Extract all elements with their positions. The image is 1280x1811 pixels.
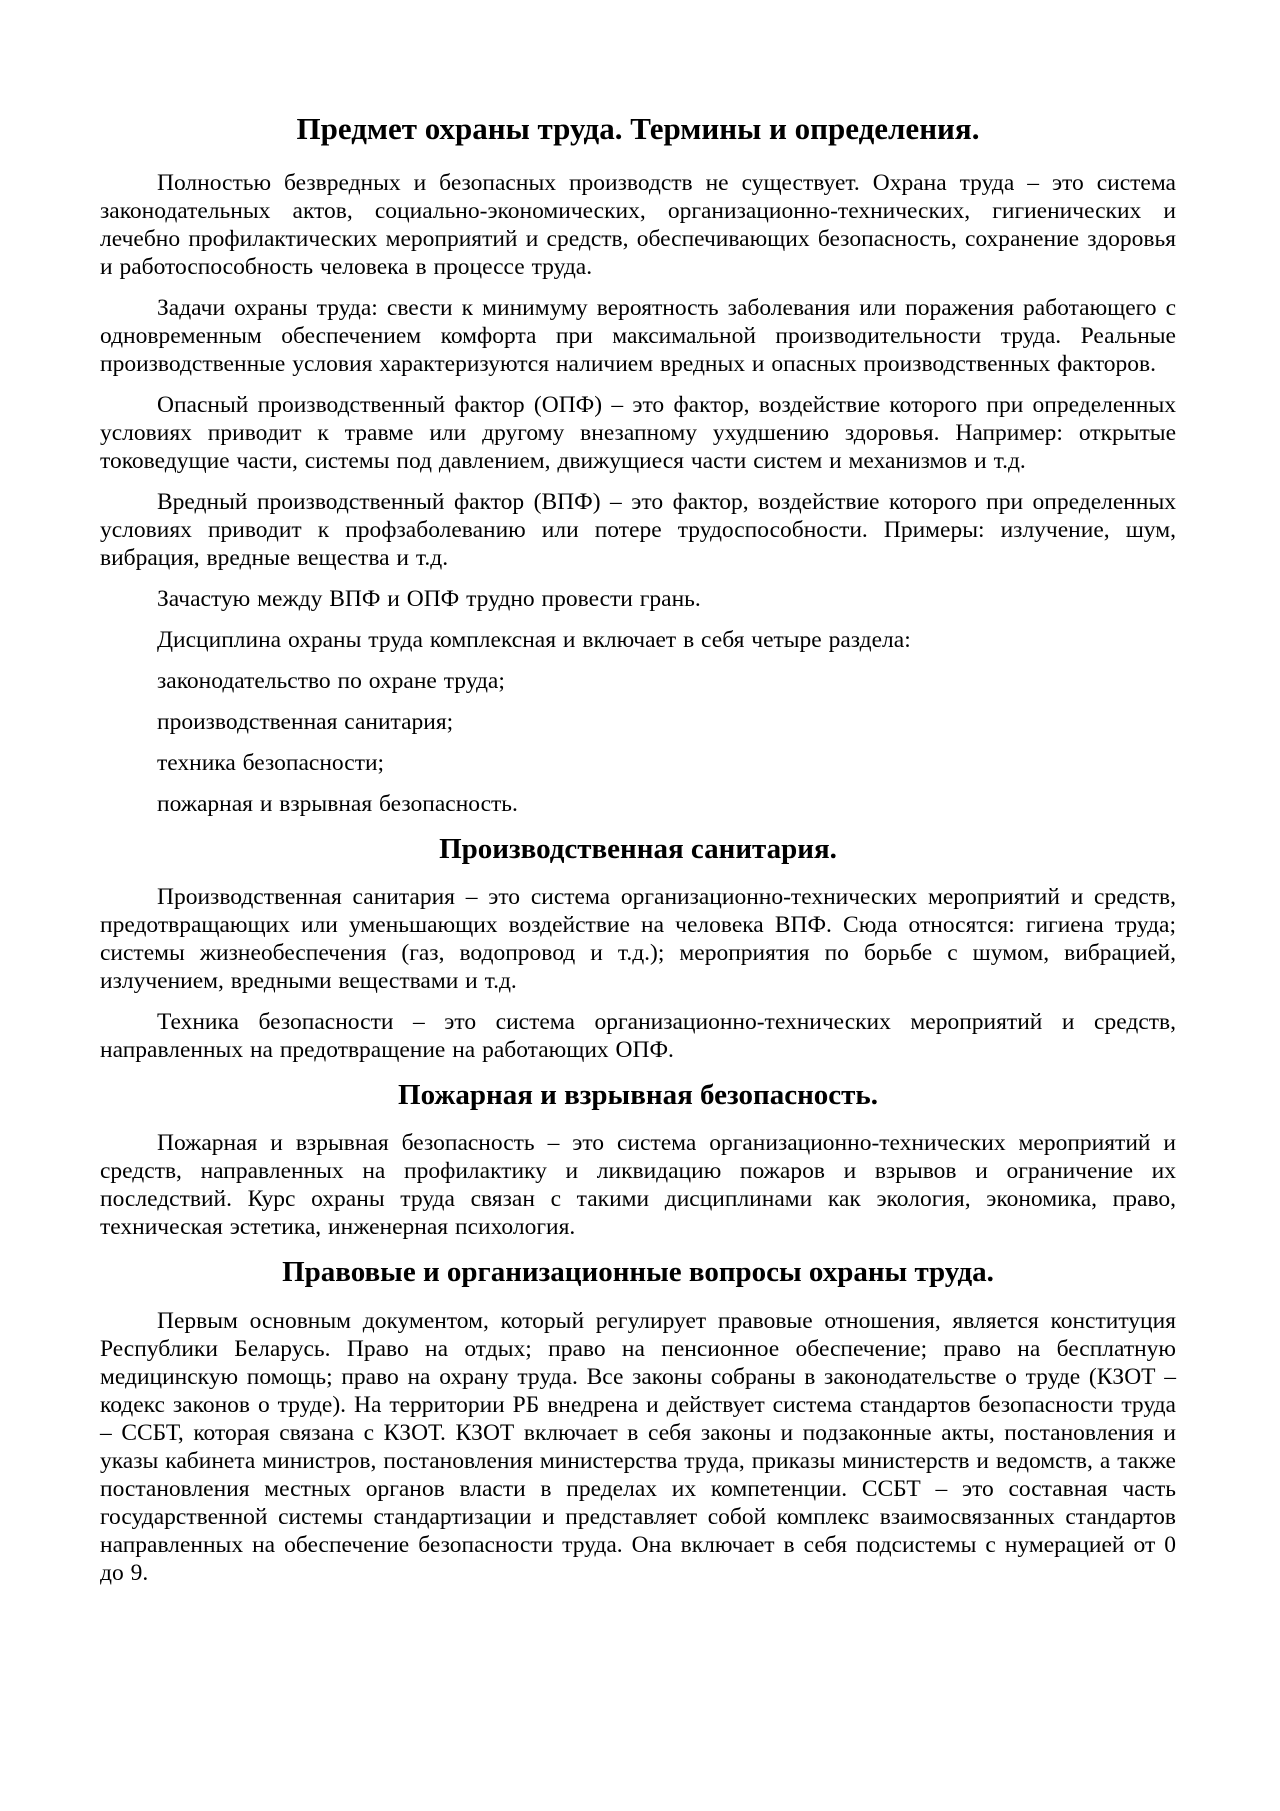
- paragraph: Пожарная и взрывная безопасность – это с…: [100, 1129, 1176, 1241]
- paragraph: Опасный производственный фактор (ОПФ) – …: [100, 391, 1176, 475]
- paragraph: Зачастую между ВПФ и ОПФ трудно провести…: [100, 585, 1176, 613]
- paragraph: производственная санитария;: [100, 708, 1176, 736]
- section-heading: Правовые и организационные вопросы охран…: [100, 1254, 1176, 1290]
- paragraph: Техника безопасности – это система орган…: [100, 1008, 1176, 1064]
- paragraph: Дисциплина охраны труда комплексная и вк…: [100, 626, 1176, 654]
- paragraph: пожарная и взрывная безопасность.: [100, 790, 1176, 818]
- document-page: Предмет охраны труда. Термины и определе…: [0, 0, 1280, 1811]
- document-title: Предмет охраны труда. Термины и определе…: [100, 110, 1176, 149]
- paragraph: Задачи охраны труда: свести к минимуму в…: [100, 294, 1176, 378]
- paragraph: Производственная санитария – это система…: [100, 883, 1176, 995]
- section-heading: Производственная санитария.: [100, 831, 1176, 867]
- paragraph: техника безопасности;: [100, 749, 1176, 777]
- section-heading: Пожарная и взрывная безопасность.: [100, 1077, 1176, 1113]
- paragraph: Полностью безвредных и безопасных произв…: [100, 169, 1176, 281]
- paragraph: Вредный производственный фактор (ВПФ) – …: [100, 488, 1176, 572]
- document-body: Полностью безвредных и безопасных произв…: [100, 169, 1176, 1587]
- paragraph: законодательство по охране труда;: [100, 667, 1176, 695]
- paragraph: Первым основным документом, который регу…: [100, 1307, 1176, 1587]
